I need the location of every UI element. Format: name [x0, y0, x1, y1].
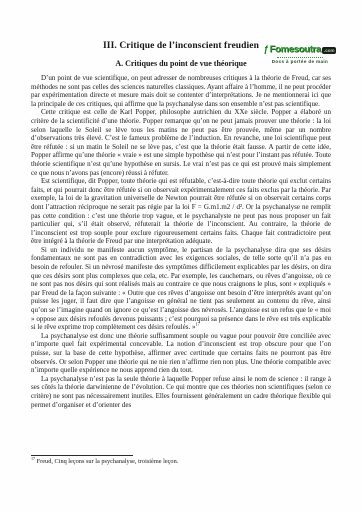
paragraph-5: La psychanalyse est donc une théorie suf… — [31, 332, 331, 375]
footnote: 17 Freud, Cinq leçons sur la psychanalys… — [31, 458, 331, 466]
paragraph-3: Est scientifique, dit Popper, toute théo… — [31, 177, 331, 246]
footnote-reference: 17 — [195, 322, 199, 327]
paragraph-2: Cette critique est celle de Karl Popper,… — [31, 108, 331, 177]
logo-wordmark: ƒ Fomesoutra .com — [260, 45, 340, 55]
fomesoutra-logo: ƒ Fomesoutra .com Docs à portée de main — [260, 45, 340, 64]
brand-tld-badge: .com — [322, 47, 337, 54]
footnote-text: Freud, Cinq leçons sur la psychanalyse, … — [35, 458, 178, 465]
document-body: D’un point de vue scientifique, on peut … — [31, 74, 331, 454]
logo-underline — [277, 57, 323, 58]
paragraph-6: La psychanalyse n’est pas la seule théor… — [31, 375, 331, 409]
brand-f-icon: ƒ — [264, 45, 269, 54]
footnote-divider — [31, 455, 133, 456]
document-page: III. Critique de l’inconscient freudien … — [0, 0, 362, 512]
paragraph-4-text: Si un individu ne manifeste aucun symptô… — [31, 246, 331, 331]
paragraph-4: Si un individu ne manifeste aucun symptô… — [31, 246, 331, 332]
brand-name: Fomesoutra — [270, 45, 321, 55]
brand-tagline: Docs à portée de main — [260, 59, 340, 64]
paragraph-1: D’un point de vue scientifique, on peut … — [31, 74, 331, 108]
